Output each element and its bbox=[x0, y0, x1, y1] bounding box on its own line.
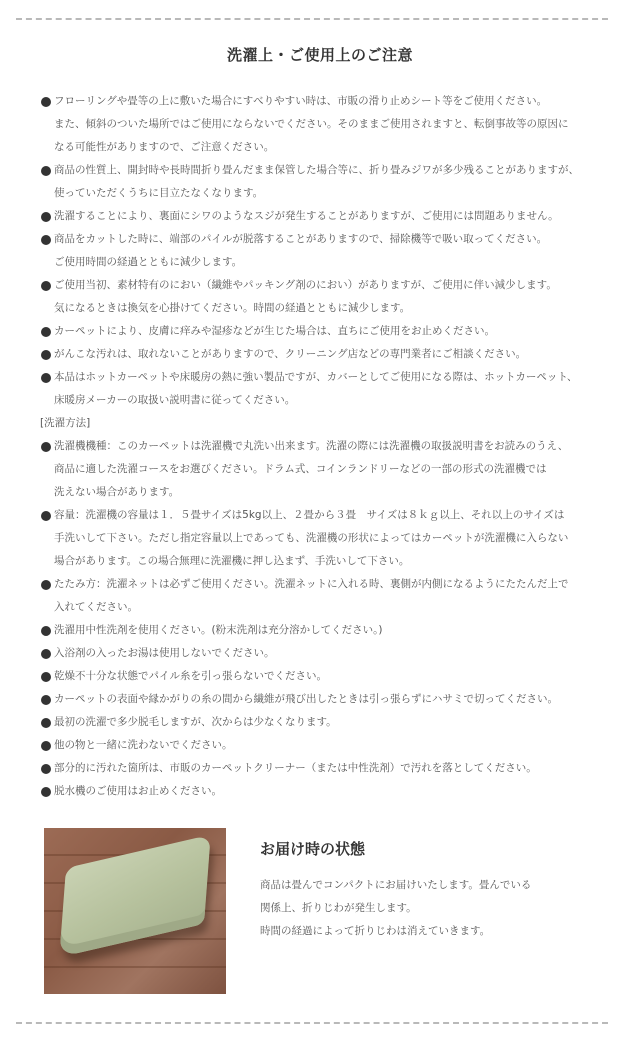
bullet-dot-icon bbox=[41, 764, 51, 774]
note-item: 洗濯用中性洗剤を使用ください。(粉末洗剤は充分溶かしてください。) bbox=[40, 619, 630, 642]
note-item: 他の物と一緒に洗わないでください。 bbox=[40, 734, 630, 757]
delivery-condition-title: お届け時の状態 bbox=[260, 838, 365, 859]
note-item: 洗濯機機種：このカーペットは洗濯機で丸洗い出来ます。洗濯の際には洗濯機の取扱説明… bbox=[40, 435, 630, 504]
note-text-line: 洗濯用中性洗剤を使用ください。(粉末洗剤は充分溶かしてください。) bbox=[54, 619, 630, 642]
bullet-dot-icon bbox=[41, 511, 51, 521]
bullet-dot-icon bbox=[41, 327, 51, 337]
note-text-line: ご使用時間の経過とともに減少します。 bbox=[54, 251, 630, 274]
note-item: 洗濯することにより、裏面にシワのようなスジが発生することがありますが、ご使用には… bbox=[40, 205, 630, 228]
delivery-text-line: 時間の経過によって折りじわは消えていきます。 bbox=[260, 920, 620, 943]
bullet-dot-icon bbox=[41, 580, 51, 590]
bullet-dot-icon bbox=[41, 695, 51, 705]
note-text-line: 洗濯することにより、裏面にシワのようなスジが発生することがありますが、ご使用には… bbox=[54, 205, 630, 228]
bullet-dot-icon bbox=[41, 787, 51, 797]
note-text-line: 入浴剤の入ったお湯は使用しないでください。 bbox=[54, 642, 630, 665]
bullet-dot-icon bbox=[41, 672, 51, 682]
note-text-line: 脱水機のご使用はお止めください。 bbox=[54, 780, 630, 803]
note-text-line: 床暖房メーカーの取扱い説明書に従ってください。 bbox=[54, 389, 630, 412]
delivery-product-photo bbox=[44, 828, 226, 994]
note-text-line: 洗濯機機種：このカーペットは洗濯機で丸洗い出来ます。洗濯の際には洗濯機の取扱説明… bbox=[54, 435, 630, 458]
note-text-line: 最初の洗濯で多少脱毛しますが、次からは少なくなります。 bbox=[54, 711, 630, 734]
bottom-dashed-divider bbox=[16, 1022, 608, 1024]
top-dashed-divider bbox=[16, 18, 608, 20]
note-text-line: ご使用当初、素材特有のにおい（繊維やパッキング剤のにおい）がありますが、ご使用に… bbox=[54, 274, 630, 297]
bullet-dot-icon bbox=[41, 212, 51, 222]
washing-notes-list: 洗濯機機種：このカーペットは洗濯機で丸洗い出来ます。洗濯の際には洗濯機の取扱説明… bbox=[40, 435, 630, 803]
note-text-line: 部分的に汚れた箇所は、市販のカーペットクリーナー（または中性洗剤）で汚れを落とし… bbox=[54, 757, 630, 780]
note-text-line: 乾燥不十分な状態でパイル糸を引っ張らないでください。 bbox=[54, 665, 630, 688]
notes-section: フローリングや畳等の上に敷いた場合にすべりやすい時は、市販の滑り止めシート等をご… bbox=[40, 90, 630, 803]
note-item: 本品はホットカーペットや床暖房の熱に強い製品ですが、カバーとしてご使用になる際は… bbox=[40, 366, 630, 412]
note-text-line: 使っていただくうちに目立たなくなります。 bbox=[54, 182, 630, 205]
folded-carpet-shape bbox=[59, 835, 210, 958]
bullet-dot-icon bbox=[41, 718, 51, 728]
bullet-dot-icon bbox=[41, 649, 51, 659]
washing-method-heading: [洗濯方法] bbox=[40, 412, 630, 435]
note-text-line: フローリングや畳等の上に敷いた場合にすべりやすい時は、市販の滑り止めシート等をご… bbox=[54, 90, 630, 113]
delivery-condition-text: 商品は畳んでコンパクトにお届けいたします。畳んでいる 関係上、折りじわが発生しま… bbox=[260, 874, 620, 943]
note-text-line: 本品はホットカーペットや床暖房の熱に強い製品ですが、カバーとしてご使用になる際は… bbox=[54, 366, 630, 389]
note-text-line: がんこな汚れは、取れないことがありますので、クリーニング店などの専門業者にご相談… bbox=[54, 343, 630, 366]
note-text-line: 商品に適した洗濯コースをお選びください。ドラム式、コインランドリーなどの一部の形… bbox=[54, 458, 630, 481]
note-text-line: 商品をカットした時に、端部のパイルが脱落することがありますので、掃除機等で吸い取… bbox=[54, 228, 630, 251]
note-text-line: 気になるときは換気を心掛けてください。時間の経過とともに減少します。 bbox=[54, 297, 630, 320]
note-text-line: 商品の性質上、開封時や長時間折り畳んだまま保管した場合等に、折り畳みジワが多少残… bbox=[54, 159, 630, 182]
note-item: 商品の性質上、開封時や長時間折り畳んだまま保管した場合等に、折り畳みジワが多少残… bbox=[40, 159, 630, 205]
note-item: がんこな汚れは、取れないことがありますので、クリーニング店などの専門業者にご相談… bbox=[40, 343, 630, 366]
note-text-line: 入れてください。 bbox=[54, 596, 630, 619]
bullet-dot-icon bbox=[41, 97, 51, 107]
bullet-dot-icon bbox=[41, 626, 51, 636]
note-text-line: たたみ方：洗濯ネットは必ずご使用ください。洗濯ネットに入れる時、裏側が内側になる… bbox=[54, 573, 630, 596]
bullet-dot-icon bbox=[41, 741, 51, 751]
note-text-line: 場合があります。この場合無理に洗濯機に押し込まず、手洗いして下さい。 bbox=[54, 550, 630, 573]
delivery-text-line: 関係上、折りじわが発生します。 bbox=[260, 897, 620, 920]
note-item: 商品をカットした時に、端部のパイルが脱落することがありますので、掃除機等で吸い取… bbox=[40, 228, 630, 274]
note-text-line: 手洗いして下さい。ただし指定容量以上であっても、洗濯機の形状によってはカーペット… bbox=[54, 527, 630, 550]
note-item: カーペットにより、皮膚に痒みや湿疹などが生じた場合は、直ちにご使用をお止めくださ… bbox=[40, 320, 630, 343]
note-text-line: また、傾斜のついた場所ではご使用にならないでください。そのままご使用されますと、… bbox=[54, 113, 630, 136]
note-item: ご使用当初、素材特有のにおい（繊維やパッキング剤のにおい）がありますが、ご使用に… bbox=[40, 274, 630, 320]
note-text-line: なる可能性がありますので、ご注意ください。 bbox=[54, 136, 630, 159]
note-text-line: 洗えない場合があります。 bbox=[54, 481, 630, 504]
bullet-dot-icon bbox=[41, 373, 51, 383]
note-text-line: カーペットにより、皮膚に痒みや湿疹などが生じた場合は、直ちにご使用をお止めくださ… bbox=[54, 320, 630, 343]
note-item: カーペットの表面や縁かがりの糸の間から繊維が飛び出したときは引っ張らずにハサミで… bbox=[40, 688, 630, 711]
bullet-dot-icon bbox=[41, 350, 51, 360]
note-text-line: 容量：洗濯機の容量は１．５畳サイズは5kg以上、２畳から３畳 サイズは８ｋｇ以上… bbox=[54, 504, 630, 527]
general-notes-list: フローリングや畳等の上に敷いた場合にすべりやすい時は、市販の滑り止めシート等をご… bbox=[40, 90, 630, 412]
note-item: 容量：洗濯機の容量は１．５畳サイズは5kg以上、２畳から３畳 サイズは８ｋｇ以上… bbox=[40, 504, 630, 573]
bullet-dot-icon bbox=[41, 166, 51, 176]
note-item: フローリングや畳等の上に敷いた場合にすべりやすい時は、市販の滑り止めシート等をご… bbox=[40, 90, 630, 159]
bullet-dot-icon bbox=[41, 235, 51, 245]
bullet-dot-icon bbox=[41, 281, 51, 291]
note-text-line: 他の物と一緒に洗わないでください。 bbox=[54, 734, 630, 757]
note-item: 最初の洗濯で多少脱毛しますが、次からは少なくなります。 bbox=[40, 711, 630, 734]
note-item: 部分的に汚れた箇所は、市販のカーペットクリーナー（または中性洗剤）で汚れを落とし… bbox=[40, 757, 630, 780]
note-item: 脱水機のご使用はお止めください。 bbox=[40, 780, 630, 803]
note-item: 乾燥不十分な状態でパイル糸を引っ張らないでください。 bbox=[40, 665, 630, 688]
note-text-line: カーペットの表面や縁かがりの糸の間から繊維が飛び出したときは引っ張らずにハサミで… bbox=[54, 688, 630, 711]
note-item: 入浴剤の入ったお湯は使用しないでください。 bbox=[40, 642, 630, 665]
bullet-dot-icon bbox=[41, 442, 51, 452]
delivery-text-line: 商品は畳んでコンパクトにお届けいたします。畳んでいる bbox=[260, 874, 620, 897]
page-title: 洗濯上・ご使用上のご注意 bbox=[0, 44, 640, 65]
note-item: たたみ方：洗濯ネットは必ずご使用ください。洗濯ネットに入れる時、裏側が内側になる… bbox=[40, 573, 630, 619]
